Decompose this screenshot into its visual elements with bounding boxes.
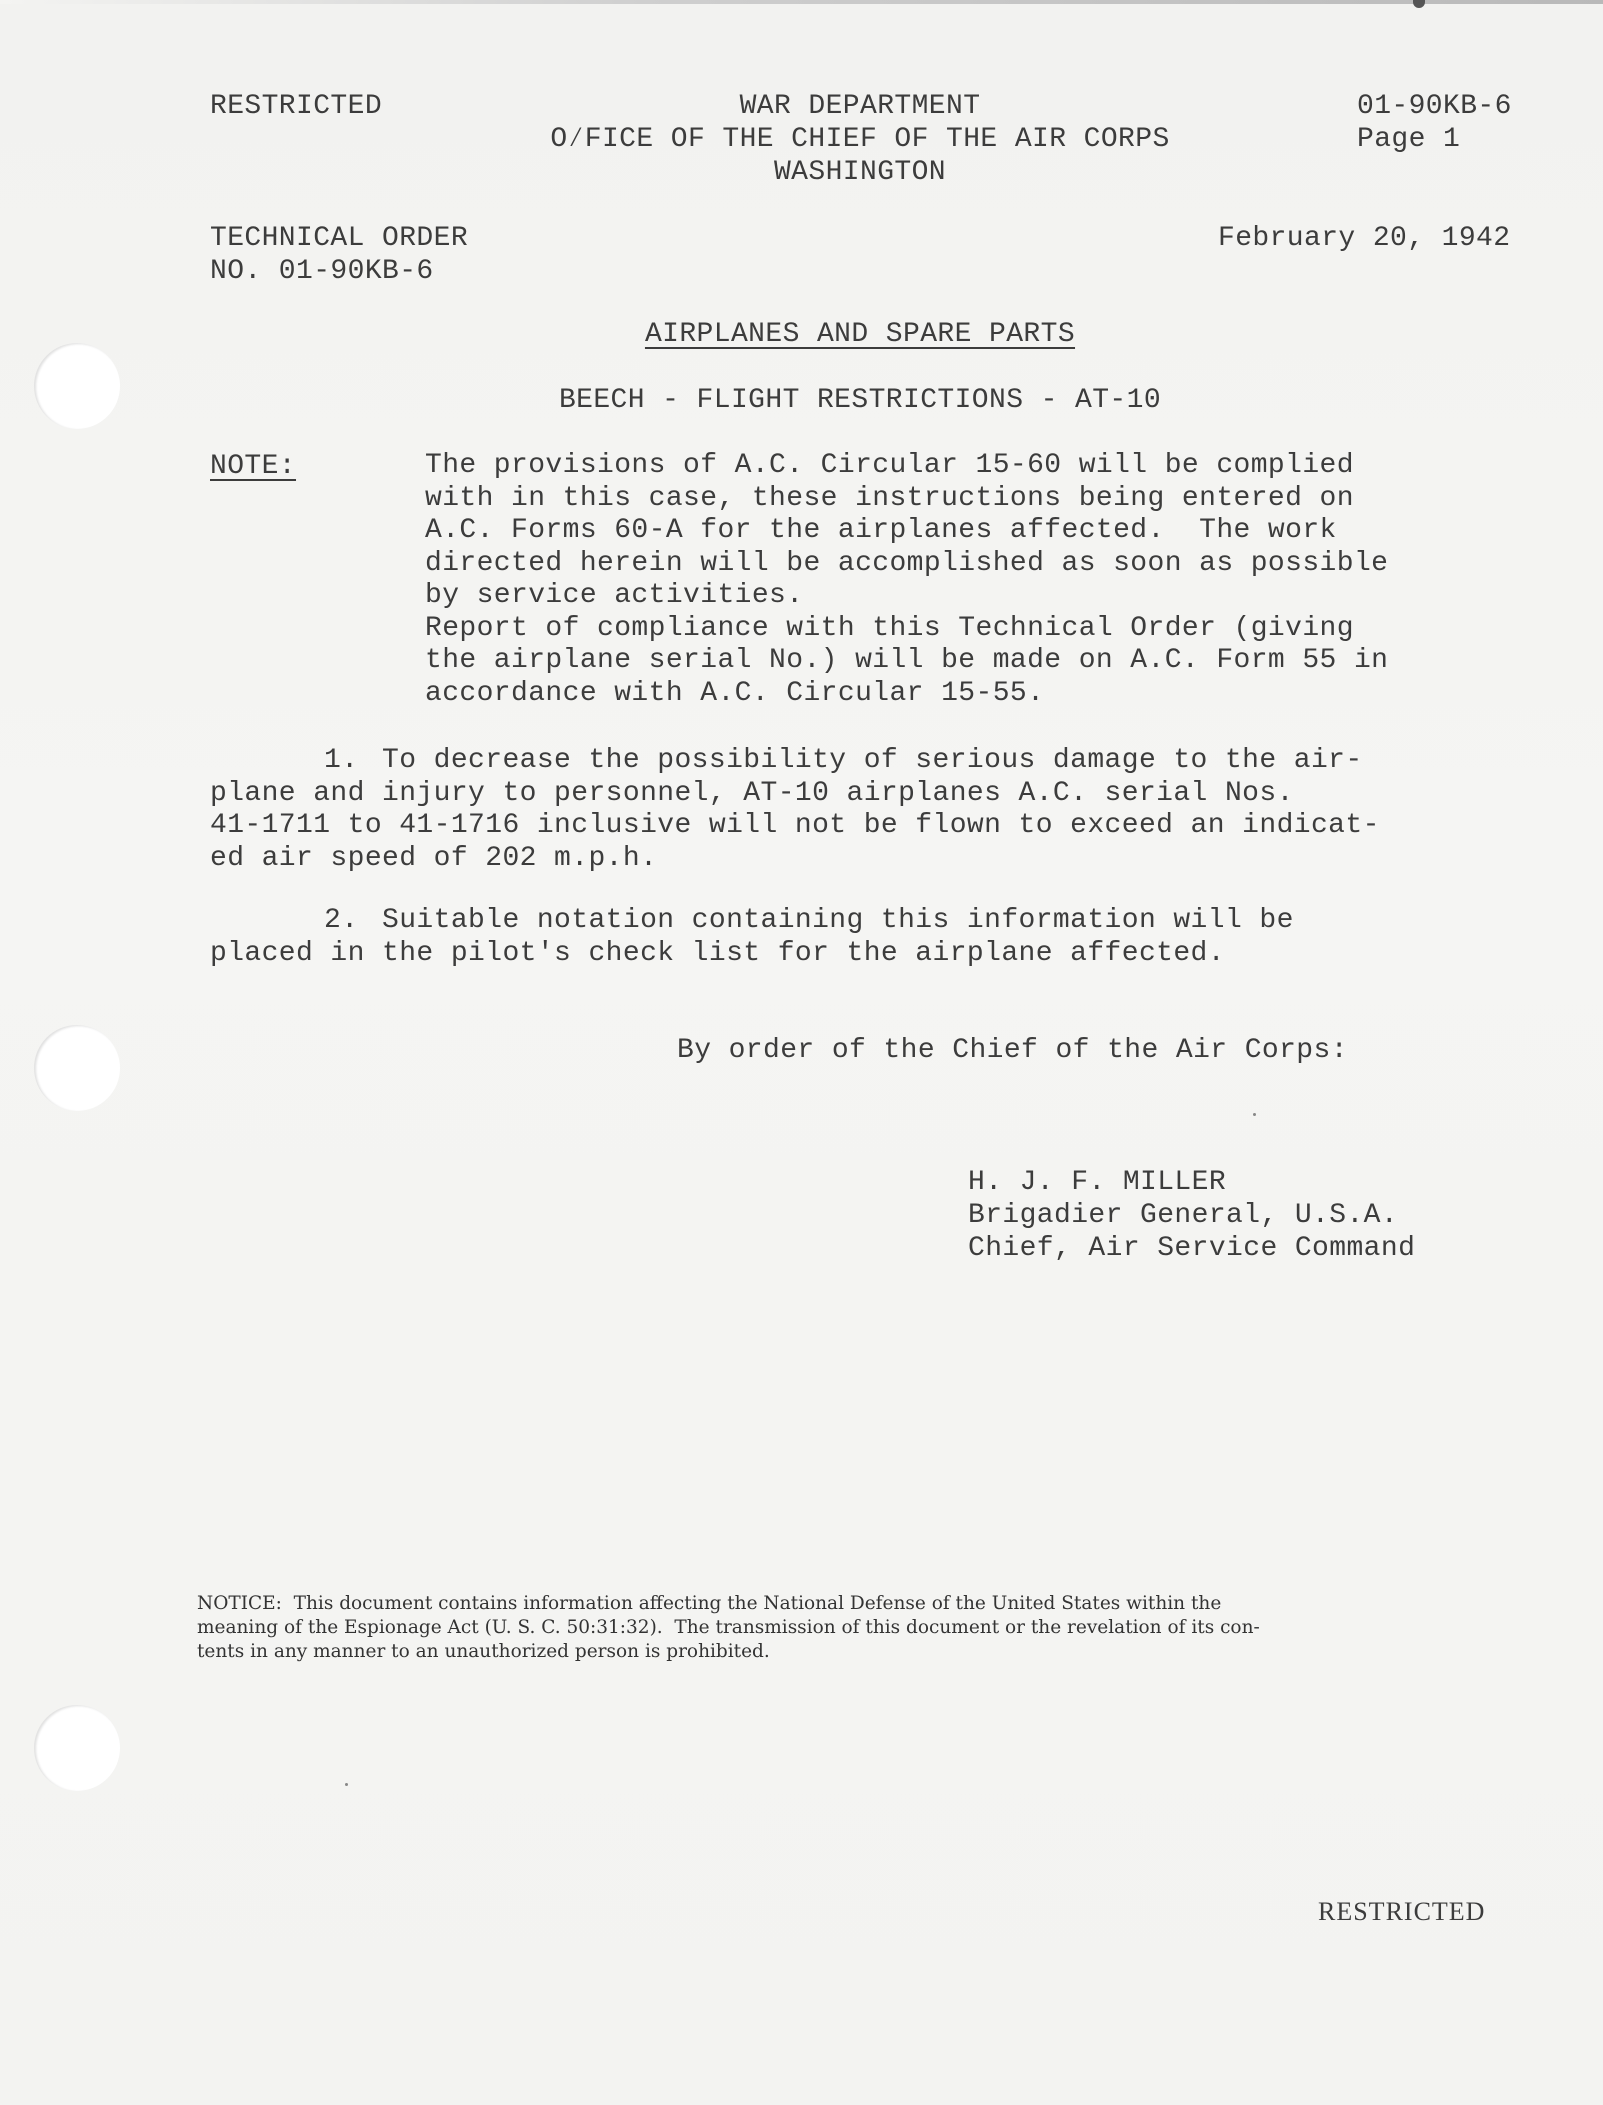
document-page: RESTRICTED WAR DEPARTMENT O∕FICE OF THE …: [0, 0, 1603, 2105]
city-heading: WASHINGTON: [480, 156, 1240, 189]
classification-top: RESTRICTED: [210, 90, 382, 123]
category-title: AIRPLANES AND SPARE PARTS: [480, 318, 1240, 351]
espionage-notice: NOTICE: This document contains informati…: [197, 1592, 1447, 1664]
note-label: NOTE:: [210, 450, 296, 483]
staple-mark: [1413, 0, 1425, 8]
punch-hole-top: [34, 343, 120, 429]
paper-speck: [345, 1783, 348, 1786]
office-heading: O∕FICE OF THE CHIEF OF THE AIR CORPS: [480, 123, 1240, 156]
order-type: TECHNICAL ORDER: [210, 222, 468, 255]
signature-rank: Brigadier General, U.S.A.: [968, 1199, 1398, 1232]
paragraph-1: To decrease the possibility of serious d…: [210, 745, 1380, 875]
signature-position: Chief, Air Service Command: [968, 1232, 1415, 1265]
note-body: The provisions of A.C. Circular 15-60 wi…: [425, 450, 1388, 710]
department-heading: WAR DEPARTMENT: [480, 90, 1240, 123]
paragraph-2: Suitable notation containing this inform…: [210, 905, 1294, 970]
authority-line: By order of the Chief of the Air Corps:: [677, 1034, 1348, 1067]
punch-hole-bottom: [34, 1705, 120, 1791]
punch-hole-middle: [34, 1025, 120, 1111]
paper-speck: [1253, 1113, 1256, 1116]
page-top-edge: [0, 0, 1603, 4]
doc-number: 01-90KB-6: [1357, 90, 1512, 123]
signature-name: H. J. F. MILLER: [968, 1166, 1226, 1199]
page-number: Page 1: [1357, 123, 1460, 156]
subject-title: BEECH - FLIGHT RESTRICTIONS - AT-10: [380, 384, 1340, 417]
order-number: NO. 01-90KB-6: [210, 255, 434, 288]
classification-bottom: RESTRICTED: [1318, 1895, 1485, 1928]
order-date: February 20, 1942: [1218, 222, 1510, 255]
